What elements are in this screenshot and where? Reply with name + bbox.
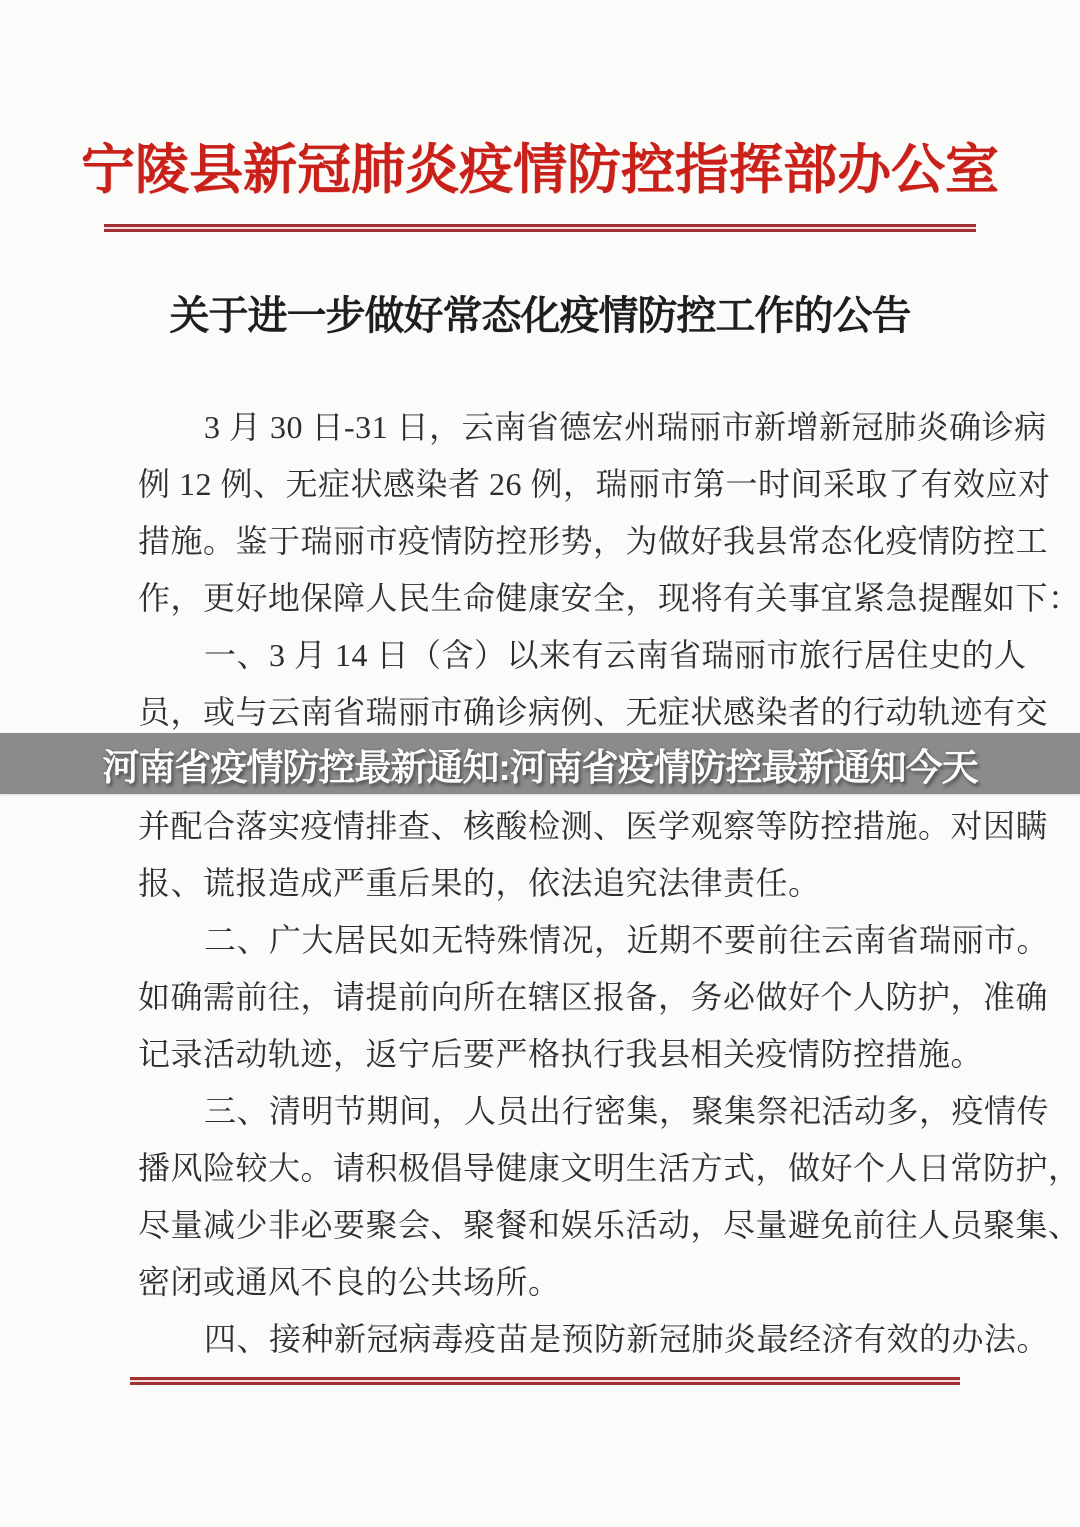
doc-line: 尽量减少非必要聚会、聚餐和娱乐活动，尽量避免前往人员聚集、 (138, 1197, 980, 1254)
notice-title: 关于进一步做好常态化疫情防控工作的公告 (0, 286, 1080, 346)
doc-line: 3 月 30 日-31 日，云南省德宏州瑞丽市新增新冠肺炎确诊病 (138, 399, 980, 456)
overlay-caption-banner: 河南省疫情防控最新通知:河南省疫情防控最新通知今天 (0, 733, 1080, 794)
doc-line: 如确需前往，请提前向所在辖区报备，务必做好个人防护，准确 (138, 969, 980, 1026)
doc-line: 一、3 月 14 日（含）以来有云南省瑞丽市旅行居住史的人 (138, 627, 980, 684)
doc-line: 密闭或通风不良的公共场所。 (138, 1254, 980, 1311)
doc-line: 三、清明节期间，人员出行密集，聚集祭祀活动多，疫情传 (138, 1083, 980, 1140)
notice-body: 3 月 30 日-31 日，云南省德宏州瑞丽市新增新冠肺炎确诊病例 12 例、无… (138, 399, 980, 1368)
footer-divider-rule (130, 1377, 960, 1385)
doc-line: 并配合落实疫情排查、核酸检测、医学观察等防控措施。对因瞒 (138, 798, 980, 855)
doc-line: 报、谎报造成严重后果的，依法追究法律责任。 (138, 855, 980, 912)
doc-line: 四、接种新冠病毒疫苗是预防新冠肺炎最经济有效的办法。 (138, 1311, 980, 1368)
doc-line: 例 12 例、无症状感染者 26 例，瑞丽市第一时间采取了有效应对 (138, 456, 980, 513)
doc-line: 措施。鉴于瑞丽市疫情防控形势，为做好我县常态化疫情防控工 (138, 513, 980, 570)
letterhead-divider-rule (104, 224, 976, 232)
overlay-caption-text: 河南省疫情防控最新通知:河南省疫情防控最新通知今天 (102, 737, 977, 791)
letterhead-office-title: 宁陵县新冠肺炎疫情防控指挥部办公室 (0, 128, 1080, 212)
notice-document-photo: 宁陵县新冠肺炎疫情防控指挥部办公室 关于进一步做好常态化疫情防控工作的公告 3 … (0, 0, 1080, 1527)
doc-line: 播风险较大。请积极倡导健康文明生活方式，做好个人日常防护， (138, 1140, 980, 1197)
doc-line: 二、广大居民如无特殊情况，近期不要前往云南省瑞丽市。 (138, 912, 980, 969)
doc-line: 记录活动轨迹，返宁后要严格执行我县相关疫情防控措施。 (138, 1026, 980, 1083)
doc-line: 作，更好地保障人民生命健康安全，现将有关事宜紧急提醒如下： (138, 570, 980, 627)
